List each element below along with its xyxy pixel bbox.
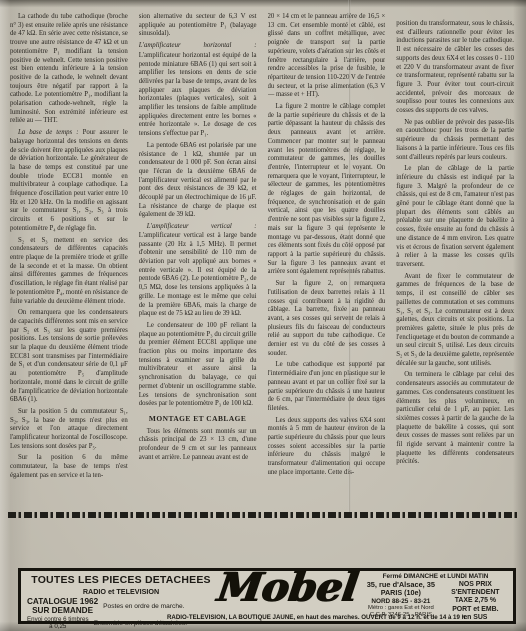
article-column-3: 20 × 14 cm et le panneau arrière de 16,5… [268, 13, 386, 507]
ad-catalog: CATALOGUE 1962 SUR DEMANDE [27, 597, 98, 615]
article-column-1: La cathode du tube cathodique (broche n°… [10, 13, 128, 507]
paragraph: Sur la position 5 du commutateur S₁, S₂,… [10, 408, 128, 452]
paragraph-text: Pour assurer le balayage horizontal des … [10, 129, 128, 232]
paragraph: La cathode du tube cathodique (broche n°… [10, 13, 128, 126]
article-column-4: position du transformateur, sous le châs… [396, 13, 514, 507]
ad-catalog-line2: SUR DEMANDE [27, 606, 98, 615]
section-heading-montage: MONTAGE ET CABLAGE [139, 415, 257, 424]
paragraph: position du transformateur, sous le châs… [396, 20, 514, 116]
paragraph: Le tube cathodique est supporté par l'in… [268, 361, 386, 413]
ad-price-line: NOS PRIX [441, 581, 510, 589]
ad-price-line: S'ENTENDENT [441, 589, 510, 597]
ad-metro: Métro : gares Est et Nord [361, 605, 441, 612]
paragraph: On remarquera que les condensateurs de c… [10, 309, 128, 405]
paragraph: La pentode 6BA6 est polarisée par une ré… [139, 142, 257, 220]
ad-price-line: TAXE 2,75 % [441, 597, 510, 605]
ad-box: TOUTES LES PIECES DETACHEES RADIO et TEL… [18, 568, 516, 624]
paragraph: Le plan de câblage de la partie inférieu… [396, 165, 514, 269]
ad-envoi: Envoi contre 6 timbres à 0,25 [27, 616, 89, 630]
ad-closed-line: Fermé DIMANCHE et LUNDI MATIN [361, 573, 510, 580]
ad-title: TOUTES LES PIECES DETACHEES [27, 574, 215, 586]
ad-bottom-line: RADIO-TELEVISION, LA BOUTIQUE JAUNE, en … [167, 614, 510, 621]
paragraph: La figure 2 montre le câblage complet de… [268, 103, 386, 277]
paragraph: Avant de fixer le commutateur de gammes … [396, 273, 514, 369]
inline-section-heading: L'amplificateur horizontal : [139, 42, 257, 51]
paragraph: On terminera le câblage par celui des co… [396, 371, 514, 467]
ad-subtitle: RADIO et TELEVISION [27, 587, 215, 596]
ad-envoi-line2: à 0,25 [27, 623, 89, 630]
paragraph: L'amplificateur horizontal est équipé de… [139, 52, 257, 139]
paragraph: sion alternative du secteur de 6,3 V est… [139, 13, 257, 39]
paragraph: Sur la figure 2, on remarquera l'utilisa… [268, 280, 386, 358]
run-in-heading: La base de temps : [18, 129, 79, 136]
paragraph: Le condensateur de 100 pF reliant la pla… [139, 322, 257, 409]
article-column-2: sion alternative du secteur de 6,3 V est… [139, 13, 257, 507]
ad-note-postes: Postes en ordre de marche. [103, 603, 184, 610]
ad-catalog-line1: CATALOGUE 1962 [27, 597, 98, 606]
paragraph: Tous les éléments sont montés sur un châ… [139, 428, 257, 463]
paragraph: La base de temps : Pour assurer le balay… [10, 129, 128, 233]
ad-phone: NORD 88-25 - 83-21 [361, 598, 441, 606]
ad-address-line2: PARIS (10e) [361, 589, 441, 597]
hatched-divider [8, 512, 518, 518]
paragraph: S₂ et S₃ mettent en service des condensa… [10, 237, 128, 307]
paragraph-text: L'amplificateur vertical est à large ban… [139, 232, 257, 317]
run-in-heading: L'amplificateur vertical : [147, 223, 257, 230]
mobel-logo: Mobel [214, 568, 362, 608]
paragraph: L'amplificateur vertical : L'amplificate… [139, 223, 257, 319]
paragraph: Les deux supports des valves 6X4 sont mo… [268, 417, 386, 478]
ad-envoi-line1: Envoi contre 6 timbres [27, 616, 89, 623]
article-columns: La cathode du tube cathodique (broche n°… [10, 13, 514, 507]
magazine-page: La cathode du tube cathodique (broche n°… [0, 0, 526, 631]
ad-price-line: PORT et EMB. [441, 606, 510, 614]
paragraph: Ne pas oublier de prévoir des passe-fils… [396, 119, 514, 163]
paragraph: 20 × 14 cm et le panneau arrière de 16,5… [268, 13, 386, 100]
paragraph: Sur la position 6 du même commutateur, l… [10, 454, 128, 480]
